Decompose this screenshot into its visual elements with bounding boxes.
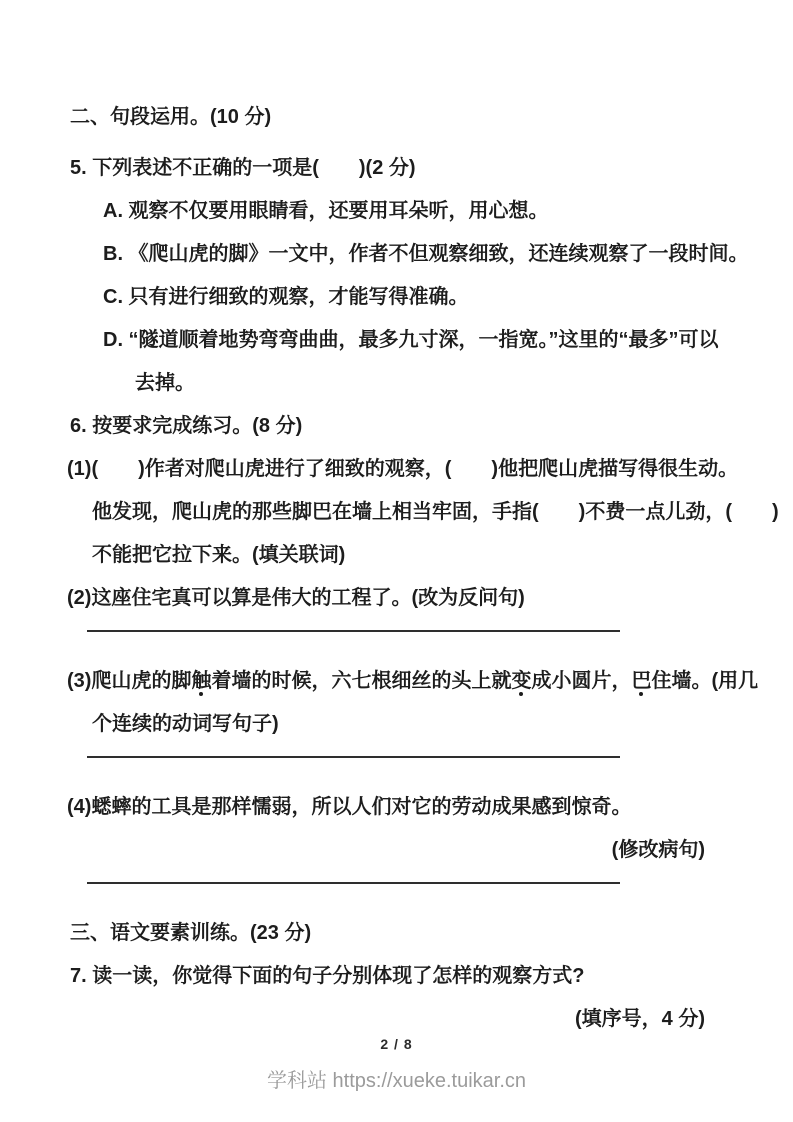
- item3-emphasized-verb-1: 触: [191, 670, 211, 692]
- item3-segment: 住墙。(用几: [651, 670, 758, 692]
- question6-item1-line3: 不能把它拉下来。(填关联词): [92, 534, 720, 577]
- question6-item1-line1: (1)( )作者对爬山虎进行了细致的观察，( )他把爬山虎描写得很生动。: [67, 448, 720, 491]
- item3-segment: 成小圆片，: [531, 670, 631, 692]
- question6-item3-line1: (3)爬山虎的脚触着墙的时候，六七根细丝的头上就变成小圆片，巴住墙。(用几: [67, 660, 720, 703]
- item3-segment: (3)爬山虎的脚: [67, 670, 191, 692]
- footer-page-number: 2 / 8: [0, 1036, 793, 1052]
- footer-watermark: 学科站 https://xueke.tuikar.cn: [0, 1064, 793, 1093]
- question5-option-c: C. 只有进行细致的观察，才能写得准确。: [103, 276, 720, 319]
- answer-line-2: [87, 746, 620, 786]
- question7-note: (填序号，4 分): [67, 998, 720, 1041]
- item3-emphasized-verb-3: 巴: [631, 670, 651, 692]
- question6-item2: (2)这座住宅真可以算是伟大的工程了。(改为反问句): [67, 577, 720, 620]
- item3-segment: 着墙的时候，六七根细丝的头上就: [211, 670, 511, 692]
- question5-option-a: A. 观察不仅要用眼睛看，还要用耳朵听，用心想。: [103, 190, 720, 233]
- question6-item1-line2: 他发现，爬山虎的那些脚巴在墙上相当牢固，手指( )不费一点儿劲，( ): [92, 491, 720, 534]
- answer-rule: [87, 756, 620, 758]
- question5-stem: 5. 下列表述不正确的一项是( )(2 分): [70, 147, 720, 190]
- exam-content: 二、句段运用。(10 分) 5. 下列表述不正确的一项是( )(2 分) A. …: [0, 0, 793, 1041]
- answer-line-1: [87, 620, 620, 660]
- question6-item4: (4)蟋蟀的工具是那样懦弱，所以人们对它的劳动成果感到惊奇。: [67, 786, 720, 829]
- question6-item4-note: (修改病句): [67, 829, 720, 872]
- answer-rule: [87, 882, 620, 884]
- question5-option-d: D. “隧道顺着地势弯弯曲曲，最多九寸深，一指宽。”这里的“最多”可以: [103, 319, 720, 362]
- exam-page: 二、句段运用。(10 分) 5. 下列表述不正确的一项是( )(2 分) A. …: [0, 0, 793, 1122]
- answer-rule: [87, 630, 620, 632]
- section2-heading: 二、句段运用。(10 分): [70, 96, 720, 139]
- question5-option-b: B. 《爬山虎的脚》一文中，作者不但观察细致，还连续观察了一段时间。: [103, 233, 720, 276]
- question7-stem: 7. 读一读，你觉得下面的句子分别体现了怎样的观察方式?: [70, 955, 720, 998]
- item3-emphasized-verb-2: 变: [511, 670, 531, 692]
- answer-line-3: [87, 872, 620, 912]
- question5-option-d-continuation: 去掉。: [135, 362, 720, 405]
- question6-stem: 6. 按要求完成练习。(8 分): [70, 405, 720, 448]
- question6-item3-line2: 个连续的动词写句子): [92, 703, 720, 746]
- section3-heading: 三、语文要素训练。(23 分): [70, 912, 720, 955]
